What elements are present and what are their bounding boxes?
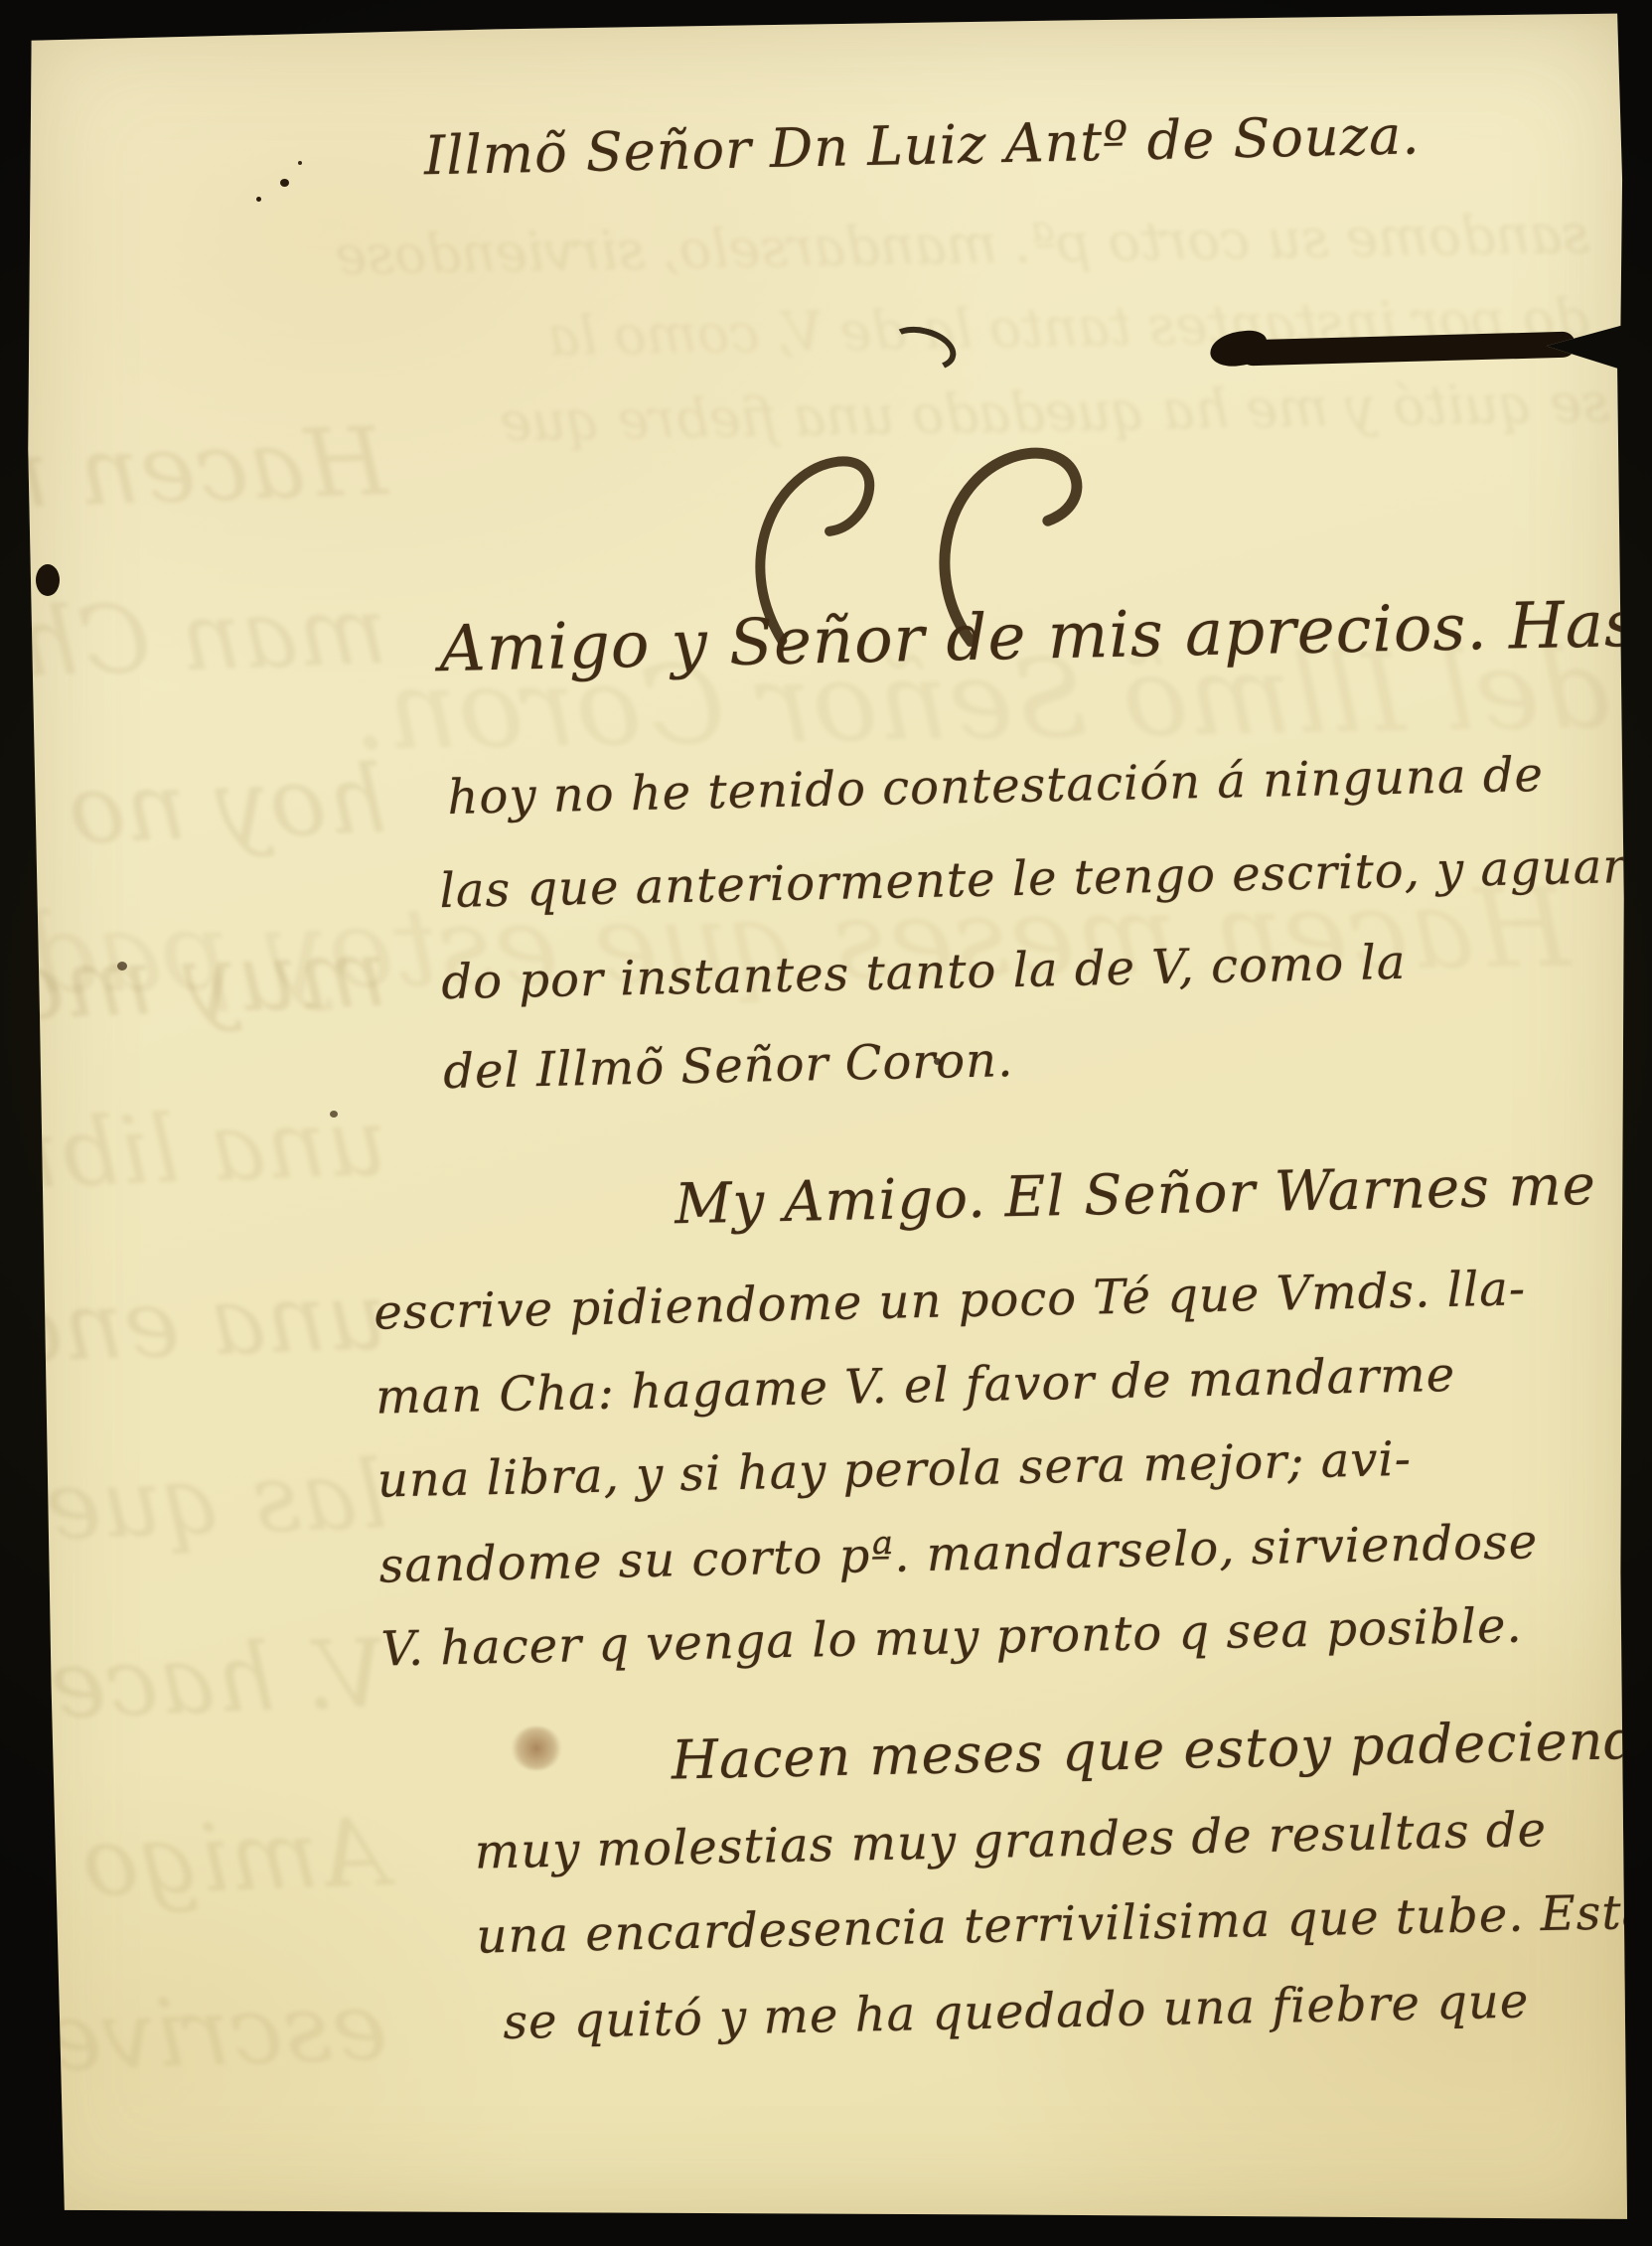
letter-line: My Amigo. El Señor Warnes me bbox=[675, 1153, 1597, 1237]
letter-line: una encardesencia terrivilisima que tube… bbox=[476, 1884, 1652, 1965]
letter-line: V. hacer q venga lo muy pronto q sea pos… bbox=[380, 1597, 1523, 1677]
letter-line: do por instantes tanto la de V, como la bbox=[441, 935, 1407, 1010]
letter-line: del Illmõ Señor Coron. bbox=[443, 1032, 1014, 1100]
letter-heading: Illmõ Señor Dn Luiz Antº de Souza. bbox=[423, 103, 1421, 187]
letter-line: las que anteriormente le tengo escrito, … bbox=[439, 838, 1644, 919]
letter-line: una libra, y si hay perola sera mejor; a… bbox=[376, 1431, 1412, 1509]
letter-line: muy molestias muy grandes de resultas de bbox=[474, 1802, 1547, 1880]
manuscript-paper: sandome su corto pª. mandarselo, sirvien… bbox=[0, 0, 1652, 2246]
letter-line: escrive pidiendome un poco Té que Vmds. … bbox=[374, 1261, 1527, 1340]
letter-line: Hacen meses que estoy padeciendo bbox=[671, 1708, 1652, 1791]
letter-line: hoy no he tenido contestación á ninguna … bbox=[447, 747, 1544, 825]
photo-background: sandome su corto pª. mandarselo, sirvien… bbox=[0, 0, 1652, 2246]
letter-line: sandome su corto pª. mandarselo, sirvien… bbox=[378, 1514, 1538, 1593]
handwriting-layer: Illmõ Señor Dn Luiz Antº de Souza. Amigo… bbox=[0, 0, 1652, 2246]
letter-line: man Cha: hagame V. el favor de mandarme bbox=[375, 1347, 1456, 1425]
letter-line: se quitó y me ha quedado una fiebre que bbox=[503, 1973, 1530, 2050]
letter-line: Amigo y Señor de mis aprecios. Hasta bbox=[439, 586, 1652, 686]
